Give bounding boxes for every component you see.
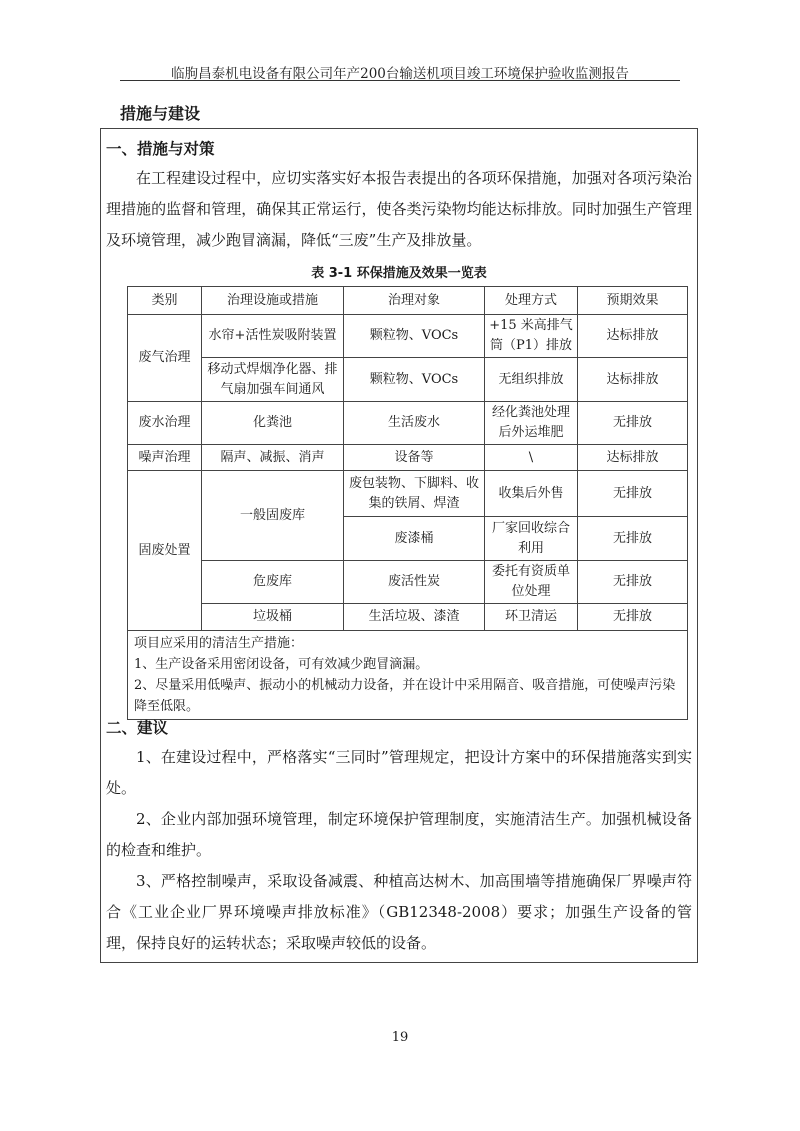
target-cell: 颗粒物、VOCs	[344, 315, 485, 358]
effect-cell: 无排放	[578, 517, 688, 561]
col-header-target: 治理对象	[344, 287, 485, 315]
method-cell: 厂家回收综合利用	[485, 517, 578, 561]
facility-cell: 化粪池	[202, 402, 344, 445]
method-cell: \	[485, 445, 578, 471]
col-header-category: 类别	[128, 287, 202, 315]
suggestion-text: 1、在建设过程中，严格落实“三同时”管理规定，把设计方案中的环保措施落实到实处。	[106, 748, 692, 797]
method-cell: 收集后外售	[485, 471, 578, 517]
table-note-row: 项目应采用的清洁生产措施： 1、生产设备采用密闭设备，可有效减少跑冒滴漏。 2、…	[128, 631, 688, 720]
note-item: 2、尽量采用低噪声、振动小的机械动力设备，并在设计中采用隔音、吸音措施，可使噪声…	[134, 675, 681, 717]
effect-cell: 无排放	[578, 402, 688, 445]
table-header-row: 类别 治理设施或措施 治理对象 处理方式 预期效果	[128, 287, 688, 315]
table-row: 噪声治理 隔声、减振、消声 设备等 \ 达标排放	[128, 445, 688, 471]
facility-cell: 垃圾桶	[202, 604, 344, 631]
measures-table: 类别 治理设施或措施 治理对象 处理方式 预期效果 废气治理 水帘+活性炭吸附装…	[127, 286, 688, 720]
note-item: 1、生产设备采用密闭设备，可有效减少跑冒滴漏。	[134, 654, 681, 675]
category-cell: 废气治理	[128, 315, 202, 402]
table-caption: 表 3-1 环保措施及效果一览表	[100, 262, 698, 281]
facility-cell: 一般固废库	[202, 471, 344, 561]
table-row: 危废库 废活性炭 委托有资质单位处理 无排放	[128, 561, 688, 604]
method-cell: 环卫清运	[485, 604, 578, 631]
effect-cell: 无排放	[578, 561, 688, 604]
table-row: 移动式焊烟净化器、排气扇加强车间通风 颗粒物、VOCs 无组织排放 达标排放	[128, 358, 688, 402]
note-title: 项目应采用的清洁生产措施：	[134, 633, 681, 654]
suggestion-item-3: 3、严格控制噪声，采取设备减震、种植高达树木、加高围墙等措施确保厂界噪声符合《工…	[106, 866, 692, 959]
part1-paragraph-text: 在工程建设过程中，应切实落实好本报告表提出的各项环保措施，加强对各项污染治理措施…	[106, 169, 692, 249]
table-row: 固废处置 一般固废库 废包装物、下脚料、收集的铁屑、焊渣 收集后外售 无排放	[128, 471, 688, 517]
col-header-facility: 治理设施或措施	[202, 287, 344, 315]
effect-cell: 无排放	[578, 604, 688, 631]
target-cell: 废漆桶	[344, 517, 485, 561]
suggestion-item-1: 1、在建设过程中，严格落实“三同时”管理规定，把设计方案中的环保措施落实到实处。	[106, 742, 692, 804]
part1-paragraph: 在工程建设过程中，应切实落实好本报告表提出的各项环保措施，加强对各项污染治理措施…	[106, 163, 692, 256]
header-rule	[120, 80, 680, 81]
suggestion-text: 3、严格控制噪声，采取设备减震、种植高达树木、加高围墙等措施确保厂界噪声符合《工…	[106, 872, 692, 952]
target-cell: 废包装物、下脚料、收集的铁屑、焊渣	[344, 471, 485, 517]
category-cell: 废水治理	[128, 402, 202, 445]
method-cell: +15 米高排气筒（P1）排放	[485, 315, 578, 358]
facility-cell: 危废库	[202, 561, 344, 604]
effect-cell: 达标排放	[578, 358, 688, 402]
category-cell: 固废处置	[128, 471, 202, 631]
table-row: 垃圾桶 生活垃圾、漆渣 环卫清运 无排放	[128, 604, 688, 631]
table-row: 废气治理 水帘+活性炭吸附装置 颗粒物、VOCs +15 米高排气筒（P1）排放…	[128, 315, 688, 358]
suggestion-text: 2、企业内部加强环境管理，制定环境保护管理制度，实施清洁生产。加强机械设备的检查…	[106, 810, 692, 859]
method-cell: 经化粪池处理后外运堆肥	[485, 402, 578, 445]
target-cell: 生活垃圾、漆渣	[344, 604, 485, 631]
method-cell: 委托有资质单位处理	[485, 561, 578, 604]
category-cell: 噪声治理	[128, 445, 202, 471]
clean-production-note: 项目应采用的清洁生产措施： 1、生产设备采用密闭设备，可有效减少跑冒滴漏。 2、…	[128, 631, 688, 720]
effect-cell: 达标排放	[578, 445, 688, 471]
method-cell: 无组织排放	[485, 358, 578, 402]
suggestion-item-2: 2、企业内部加强环境管理，制定环境保护管理制度，实施清洁生产。加强机械设备的检查…	[106, 804, 692, 866]
effect-cell: 达标排放	[578, 315, 688, 358]
effect-cell: 无排放	[578, 471, 688, 517]
target-cell: 废活性炭	[344, 561, 485, 604]
section-title: 措施与建设	[120, 101, 200, 124]
col-header-effect: 预期效果	[578, 287, 688, 315]
part1-heading: 一、措施与对策	[106, 137, 215, 159]
target-cell: 生活废水	[344, 402, 485, 445]
running-header: 临朐昌泰机电设备有限公司年产200台输送机项目竣工环境保护验收监测报告	[0, 62, 800, 82]
part2-heading: 二、建议	[106, 716, 168, 738]
col-header-method: 处理方式	[485, 287, 578, 315]
target-cell: 设备等	[344, 445, 485, 471]
facility-cell: 隔声、减振、消声	[202, 445, 344, 471]
facility-cell: 移动式焊烟净化器、排气扇加强车间通风	[202, 358, 344, 402]
page-number: 19	[0, 1030, 800, 1045]
target-cell: 颗粒物、VOCs	[344, 358, 485, 402]
table-row: 废水治理 化粪池 生活废水 经化粪池处理后外运堆肥 无排放	[128, 402, 688, 445]
facility-cell: 水帘+活性炭吸附装置	[202, 315, 344, 358]
